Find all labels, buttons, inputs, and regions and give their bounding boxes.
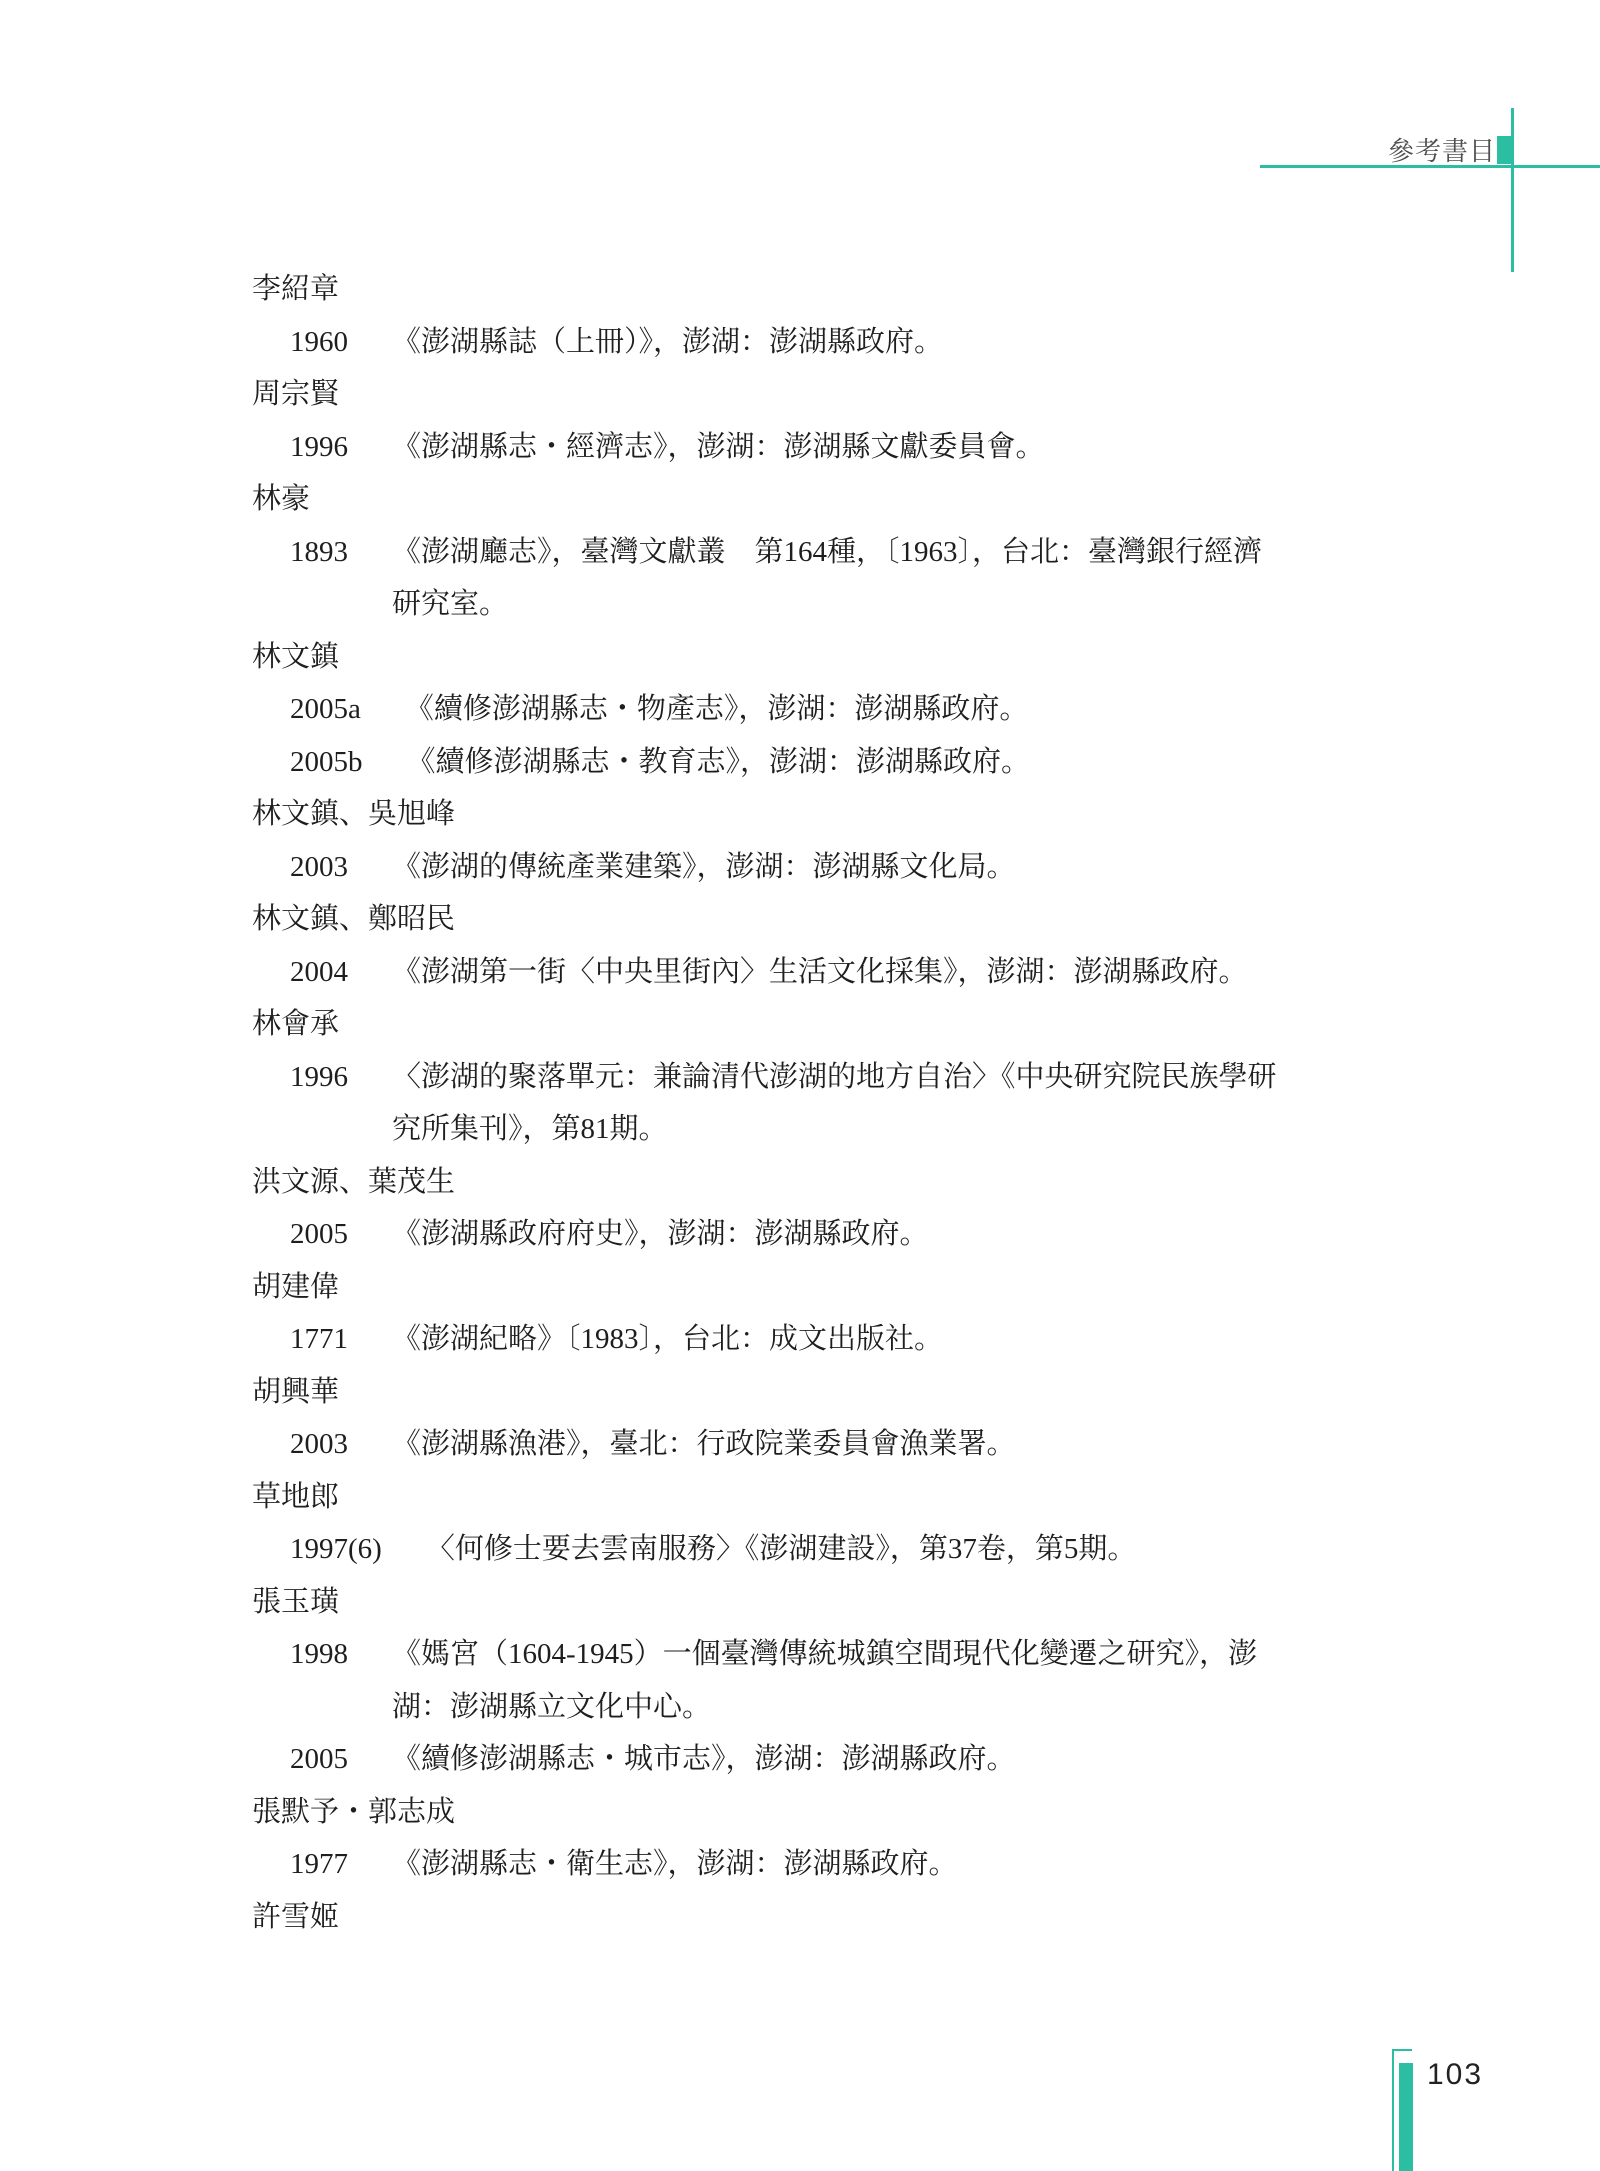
author-name: 李紹章 xyxy=(0,263,1600,316)
author-name: 周宗賢 xyxy=(0,368,1600,421)
reference-text: 《澎湖紀略》〔1983〕，台北：成文出版社。 xyxy=(392,1313,943,1366)
footer-vertical-rule xyxy=(1392,2049,1394,2171)
reference-year: 2005b xyxy=(290,736,363,789)
reference-text: 《澎湖廳志》，臺灣文獻叢 第164種，〔1963〕，台北：臺灣銀行經濟 研究室。 xyxy=(392,526,1262,631)
reference-text: 《澎湖第一街〈中央里街內〉生活文化採集》，澎湖：澎湖縣政府。 xyxy=(392,946,1248,999)
reference-entry: 2005a 《續修澎湖縣志・物產志》，澎湖：澎湖縣政府。 xyxy=(0,683,1600,736)
reference-entry: 1996 《澎湖縣志・經濟志》，澎湖：澎湖縣文獻委員會。 xyxy=(0,421,1600,474)
reference-line: 《澎湖縣漁港》，臺北：行政院業委員會漁業署。 xyxy=(392,1418,1016,1471)
reference-text: 〈何修士要去雲南服務〉《澎湖建設》，第37卷，第5期。 xyxy=(426,1523,1137,1576)
reference-year: 2005 xyxy=(290,1733,348,1786)
reference-line: 〈何修士要去雲南服務〉《澎湖建設》，第37卷，第5期。 xyxy=(426,1523,1137,1576)
author-name: 張玉璜 xyxy=(0,1576,1600,1629)
author-name: 林豪 xyxy=(0,473,1600,526)
reference-year: 1771 xyxy=(290,1313,348,1366)
author-name: 張默予・郭志成 xyxy=(0,1786,1600,1839)
author-name: 許雪姬 xyxy=(0,1891,1600,1944)
reference-entry: 1998 《媽宮（1604-1945）一個臺灣傳統城鎮空間現代化變遷之研究》，澎… xyxy=(0,1628,1600,1733)
reference-text: 《澎湖縣志・經濟志》，澎湖：澎湖縣文獻委員會。 xyxy=(392,421,1045,474)
reference-entry: 1997(6) 〈何修士要去雲南服務〉《澎湖建設》，第37卷，第5期。 xyxy=(0,1523,1600,1576)
header-vertical-rule xyxy=(1511,108,1514,272)
reference-entry: 1893 《澎湖廳志》，臺灣文獻叢 第164種，〔1963〕，台北：臺灣銀行經濟… xyxy=(0,526,1600,631)
author-name: 胡建偉 xyxy=(0,1261,1600,1314)
reference-text: 《澎湖縣誌（上冊）》，澎湖：澎湖縣政府。 xyxy=(392,316,943,369)
footer-accent-bar xyxy=(1399,2063,1413,2171)
author-name: 洪文源、葉茂生 xyxy=(0,1156,1600,1209)
reference-entry: 1996 〈澎湖的聚落單元：兼論清代澎湖的地方自治〉《中央研究院民族學研 究所集… xyxy=(0,1051,1600,1156)
reference-entry: 2005 《續修澎湖縣志・城市志》，澎湖：澎湖縣政府。 xyxy=(0,1733,1600,1786)
reference-line: 《澎湖紀略》〔1983〕，台北：成文出版社。 xyxy=(392,1313,943,1366)
reference-year: 1997(6) xyxy=(290,1523,382,1576)
reference-entry: 1960 《澎湖縣誌（上冊）》，澎湖：澎湖縣政府。 xyxy=(0,316,1600,369)
author-name: 胡興華 xyxy=(0,1366,1600,1419)
reference-entry: 1977 《澎湖縣志・衛生志》，澎湖：澎湖縣政府。 xyxy=(0,1838,1600,1891)
reference-text: 《澎湖縣漁港》，臺北：行政院業委員會漁業署。 xyxy=(392,1418,1016,1471)
reference-text: 《澎湖的傳統產業建築》，澎湖：澎湖縣文化局。 xyxy=(392,841,1016,894)
reference-year: 1996 xyxy=(290,1051,348,1104)
reference-text: 《續修澎湖縣志・教育志》，澎湖：澎湖縣政府。 xyxy=(407,736,1031,789)
reference-line: 湖：澎湖縣立文化中心。 xyxy=(392,1681,1257,1734)
reference-year: 1996 xyxy=(290,421,348,474)
reference-line: 《續修澎湖縣志・教育志》，澎湖：澎湖縣政府。 xyxy=(407,736,1031,789)
page-number: 103 xyxy=(1427,2058,1483,2092)
reference-year: 1960 xyxy=(290,316,348,369)
reference-year: 1998 xyxy=(290,1628,348,1681)
reference-line: 《續修澎湖縣志・物產志》，澎湖：澎湖縣政府。 xyxy=(405,683,1029,736)
reference-year: 1893 xyxy=(290,526,348,579)
reference-text: 《續修澎湖縣志・城市志》，澎湖：澎湖縣政府。 xyxy=(392,1733,1016,1786)
reference-line: 《續修澎湖縣志・城市志》，澎湖：澎湖縣政府。 xyxy=(392,1733,1016,1786)
author-name: 草地郎 xyxy=(0,1471,1600,1524)
author-name: 林會承 xyxy=(0,998,1600,1051)
reference-text: 〈澎湖的聚落單元：兼論清代澎湖的地方自治〉《中央研究院民族學研 究所集刊》，第8… xyxy=(392,1051,1277,1156)
reference-text: 《媽宮（1604-1945）一個臺灣傳統城鎮空間現代化變遷之研究》，澎 湖：澎湖… xyxy=(392,1628,1257,1733)
reference-year: 2003 xyxy=(290,841,348,894)
book-page: 參考書目 李紹章 1960 《澎湖縣誌（上冊）》，澎湖：澎湖縣政府。 周宗賢 1… xyxy=(0,0,1600,2171)
reference-year: 2003 xyxy=(290,1418,348,1471)
reference-line: 《澎湖縣誌（上冊）》，澎湖：澎湖縣政府。 xyxy=(392,316,943,369)
reference-entry: 2003 《澎湖的傳統產業建築》，澎湖：澎湖縣文化局。 xyxy=(0,841,1600,894)
reference-entry: 2005b 《續修澎湖縣志・教育志》，澎湖：澎湖縣政府。 xyxy=(0,736,1600,789)
author-name: 林文鎮 xyxy=(0,631,1600,684)
header-horizontal-rule xyxy=(1260,165,1600,168)
reference-entry: 1771 《澎湖紀略》〔1983〕，台北：成文出版社。 xyxy=(0,1313,1600,1366)
reference-line: 〈澎湖的聚落單元：兼論清代澎湖的地方自治〉《中央研究院民族學研 xyxy=(392,1051,1277,1104)
reference-line: 《澎湖廳志》，臺灣文獻叢 第164種，〔1963〕，台北：臺灣銀行經濟 xyxy=(392,526,1262,579)
reference-entry: 2004 《澎湖第一街〈中央里街內〉生活文化採集》，澎湖：澎湖縣政府。 xyxy=(0,946,1600,999)
reference-line: 《澎湖的傳統產業建築》，澎湖：澎湖縣文化局。 xyxy=(392,841,1016,894)
reference-text: 《澎湖縣政府府史》，澎湖：澎湖縣政府。 xyxy=(392,1208,929,1261)
author-name: 林文鎮、鄭昭民 xyxy=(0,893,1600,946)
reference-line: 《媽宮（1604-1945）一個臺灣傳統城鎮空間現代化變遷之研究》，澎 xyxy=(392,1628,1257,1681)
author-name: 林文鎮、吳旭峰 xyxy=(0,788,1600,841)
footer-horizontal-rule xyxy=(1392,2049,1412,2051)
reference-year: 2004 xyxy=(290,946,348,999)
header-accent-rect xyxy=(1497,136,1512,164)
reference-year: 2005 xyxy=(290,1208,348,1261)
reference-line: 究所集刊》，第81期。 xyxy=(392,1103,1277,1156)
reference-line: 《澎湖第一街〈中央里街內〉生活文化採集》，澎湖：澎湖縣政府。 xyxy=(392,946,1248,999)
reference-line: 《澎湖縣政府府史》，澎湖：澎湖縣政府。 xyxy=(392,1208,929,1261)
bibliography-list: 李紹章 1960 《澎湖縣誌（上冊）》，澎湖：澎湖縣政府。 周宗賢 1996 《… xyxy=(0,263,1600,1943)
reference-text: 《澎湖縣志・衛生志》，澎湖：澎湖縣政府。 xyxy=(392,1838,958,1891)
page-header-title: 參考書目 xyxy=(1388,131,1496,168)
reference-entry: 2005 《澎湖縣政府府史》，澎湖：澎湖縣政府。 xyxy=(0,1208,1600,1261)
reference-text: 《續修澎湖縣志・物產志》，澎湖：澎湖縣政府。 xyxy=(405,683,1029,736)
reference-line: 《澎湖縣志・衛生志》，澎湖：澎湖縣政府。 xyxy=(392,1838,958,1891)
reference-year: 1977 xyxy=(290,1838,348,1891)
reference-line: 研究室。 xyxy=(392,578,1262,631)
reference-entry: 2003 《澎湖縣漁港》，臺北：行政院業委員會漁業署。 xyxy=(0,1418,1600,1471)
reference-line: 《澎湖縣志・經濟志》，澎湖：澎湖縣文獻委員會。 xyxy=(392,421,1045,474)
reference-year: 2005a xyxy=(290,683,361,736)
